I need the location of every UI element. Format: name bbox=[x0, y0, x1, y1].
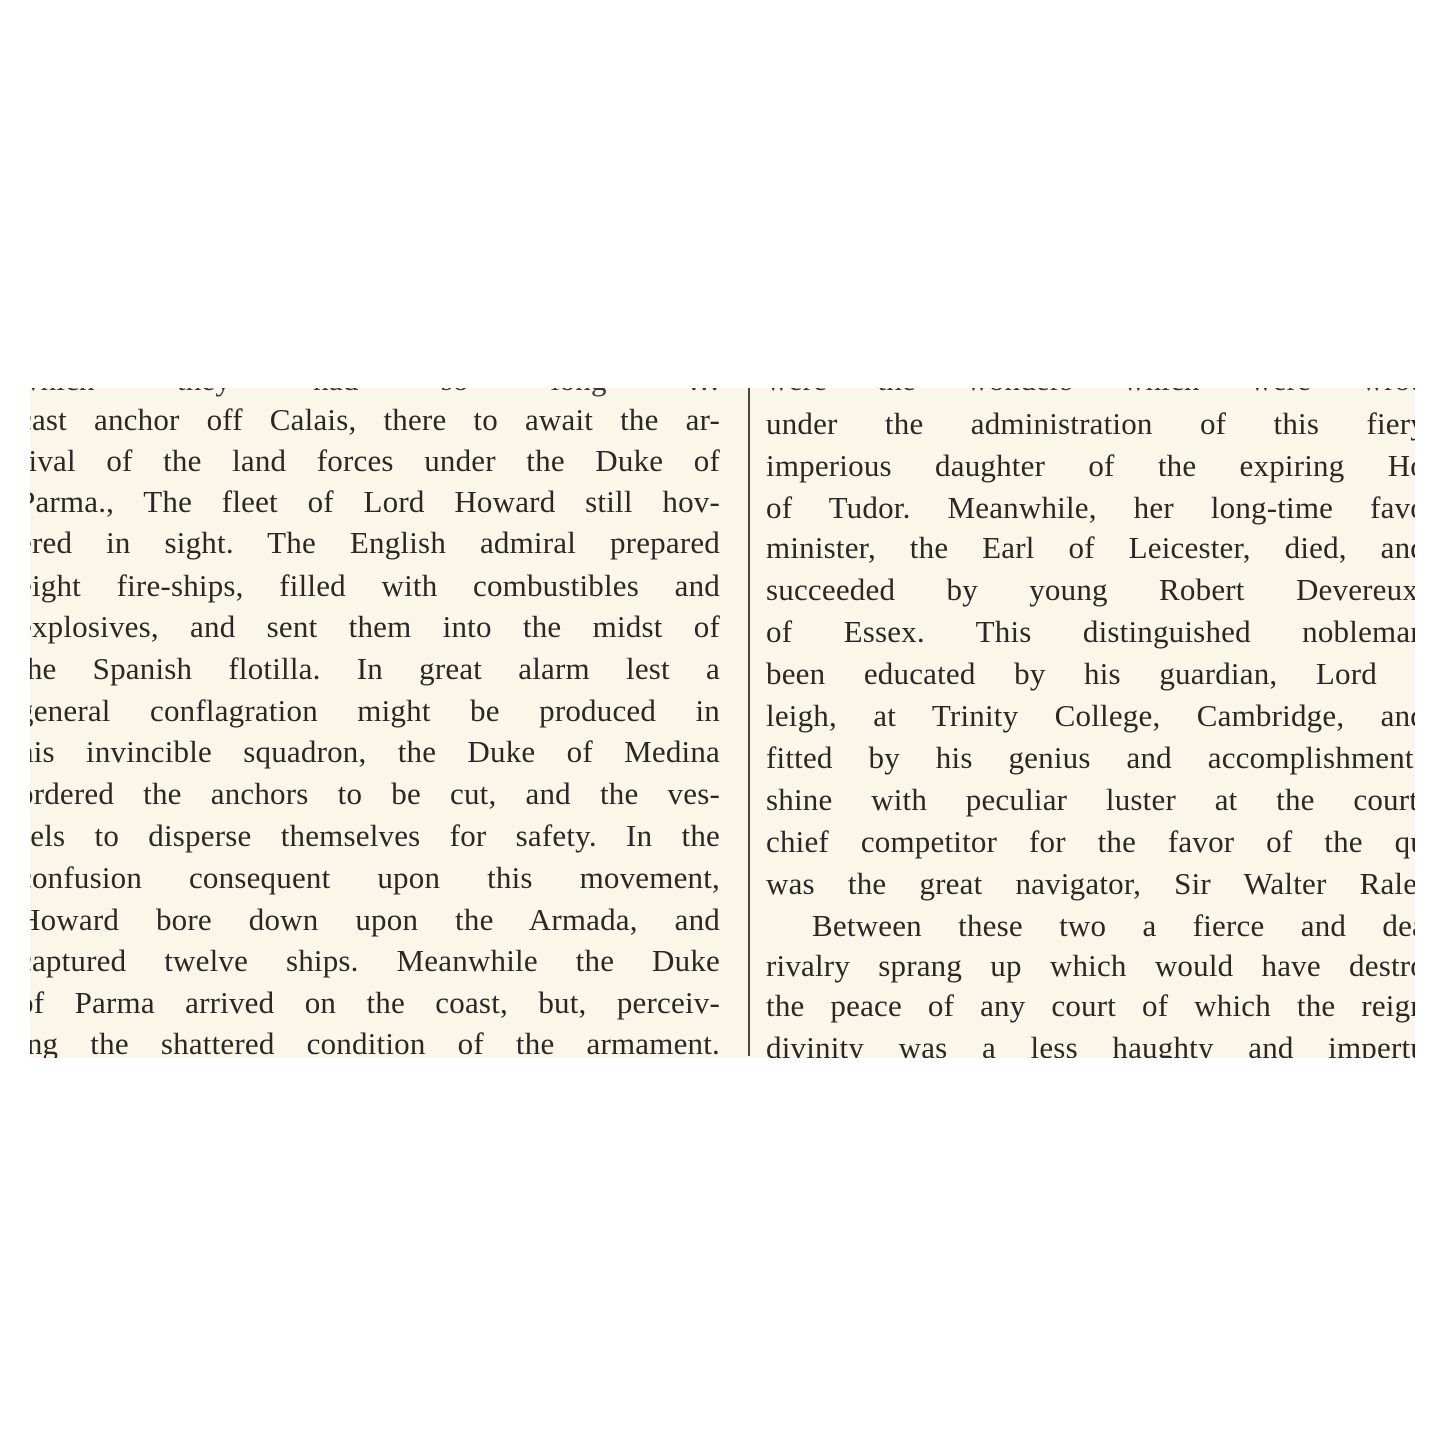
column-divider bbox=[748, 388, 750, 1056]
right-partial-top-line: were the wonders which were wrou bbox=[766, 388, 1415, 402]
left-line-13: Howard bore down upon the Armada, and bbox=[30, 902, 720, 942]
right-column: were the wonders which were wrou under t… bbox=[766, 388, 1415, 1058]
left-line-11: sels to disperse themselves for safety. … bbox=[30, 818, 720, 858]
right-line-9: fitted by his genius and accomplishments bbox=[766, 740, 1415, 780]
right-line-10: shine with peculiar luster at the court. bbox=[766, 782, 1415, 822]
right-line-12: was the great navigator, Sir Walter Rale… bbox=[766, 866, 1415, 906]
right-line-1: under the administration of this fiery bbox=[766, 406, 1415, 446]
left-line-12: confusion consequent upon this movement, bbox=[30, 860, 720, 900]
right-line-7: been educated by his guardian, Lord I bbox=[766, 656, 1415, 696]
left-line-6: explosives, and sent them into the midst… bbox=[30, 609, 720, 649]
right-line-14: rivalry sprang up which would have destr… bbox=[766, 948, 1415, 988]
left-line-4: ered in sight. The English admiral prepa… bbox=[30, 525, 720, 565]
right-line-3: of Tudor. Meanwhile, her long-time favo bbox=[766, 490, 1415, 530]
right-line-13-paragraph-start: Between these two a fierce and dea bbox=[766, 908, 1415, 948]
right-line-15: the peace of any court of which the reig… bbox=[766, 988, 1415, 1028]
left-partial-top-line: which they had so long … bbox=[30, 388, 720, 402]
right-line-4: minister, the Earl of Leicester, died, a… bbox=[766, 530, 1415, 570]
left-line-10: ordered the anchors to be cut, and the v… bbox=[30, 776, 720, 816]
left-line-3: Parma., The fleet of Lord Howard still h… bbox=[30, 484, 720, 524]
right-line-2: imperious daughter of the expiring Ho bbox=[766, 448, 1415, 488]
left-line-7: the Spanish flotilla. In great alarm les… bbox=[30, 651, 720, 691]
left-line-2: rival of the land forces under the Duke … bbox=[30, 443, 720, 483]
left-column: which they had so long … cast anchor off… bbox=[30, 388, 720, 1058]
right-line-16: divinity was a less haughty and impertu bbox=[766, 1030, 1415, 1058]
left-line-16: ing the shattered condition of the armam… bbox=[30, 1026, 720, 1058]
right-line-5: succeeded by young Robert Devereux, bbox=[766, 572, 1415, 612]
left-line-9: his invincible squadron, the Duke of Med… bbox=[30, 734, 720, 774]
right-line-8: leigh, at Trinity College, Cambridge, an… bbox=[766, 698, 1415, 738]
left-line-8: general conflagration might be produced … bbox=[30, 693, 720, 733]
right-line-11: chief competitor for the favor of the qu bbox=[766, 824, 1415, 864]
left-line-5: eight fire-ships, filled with combustibl… bbox=[30, 568, 720, 608]
left-line-15: of Parma arrived on the coast, but, perc… bbox=[30, 985, 720, 1025]
scanned-page: which they had so long … cast anchor off… bbox=[30, 388, 1415, 1058]
left-line-1: cast anchor off Calais, there to await t… bbox=[30, 402, 720, 442]
right-line-6: of Essex. This distinguished nobleman bbox=[766, 614, 1415, 654]
left-line-14: captured twelve ships. Meanwhile the Duk… bbox=[30, 943, 720, 983]
